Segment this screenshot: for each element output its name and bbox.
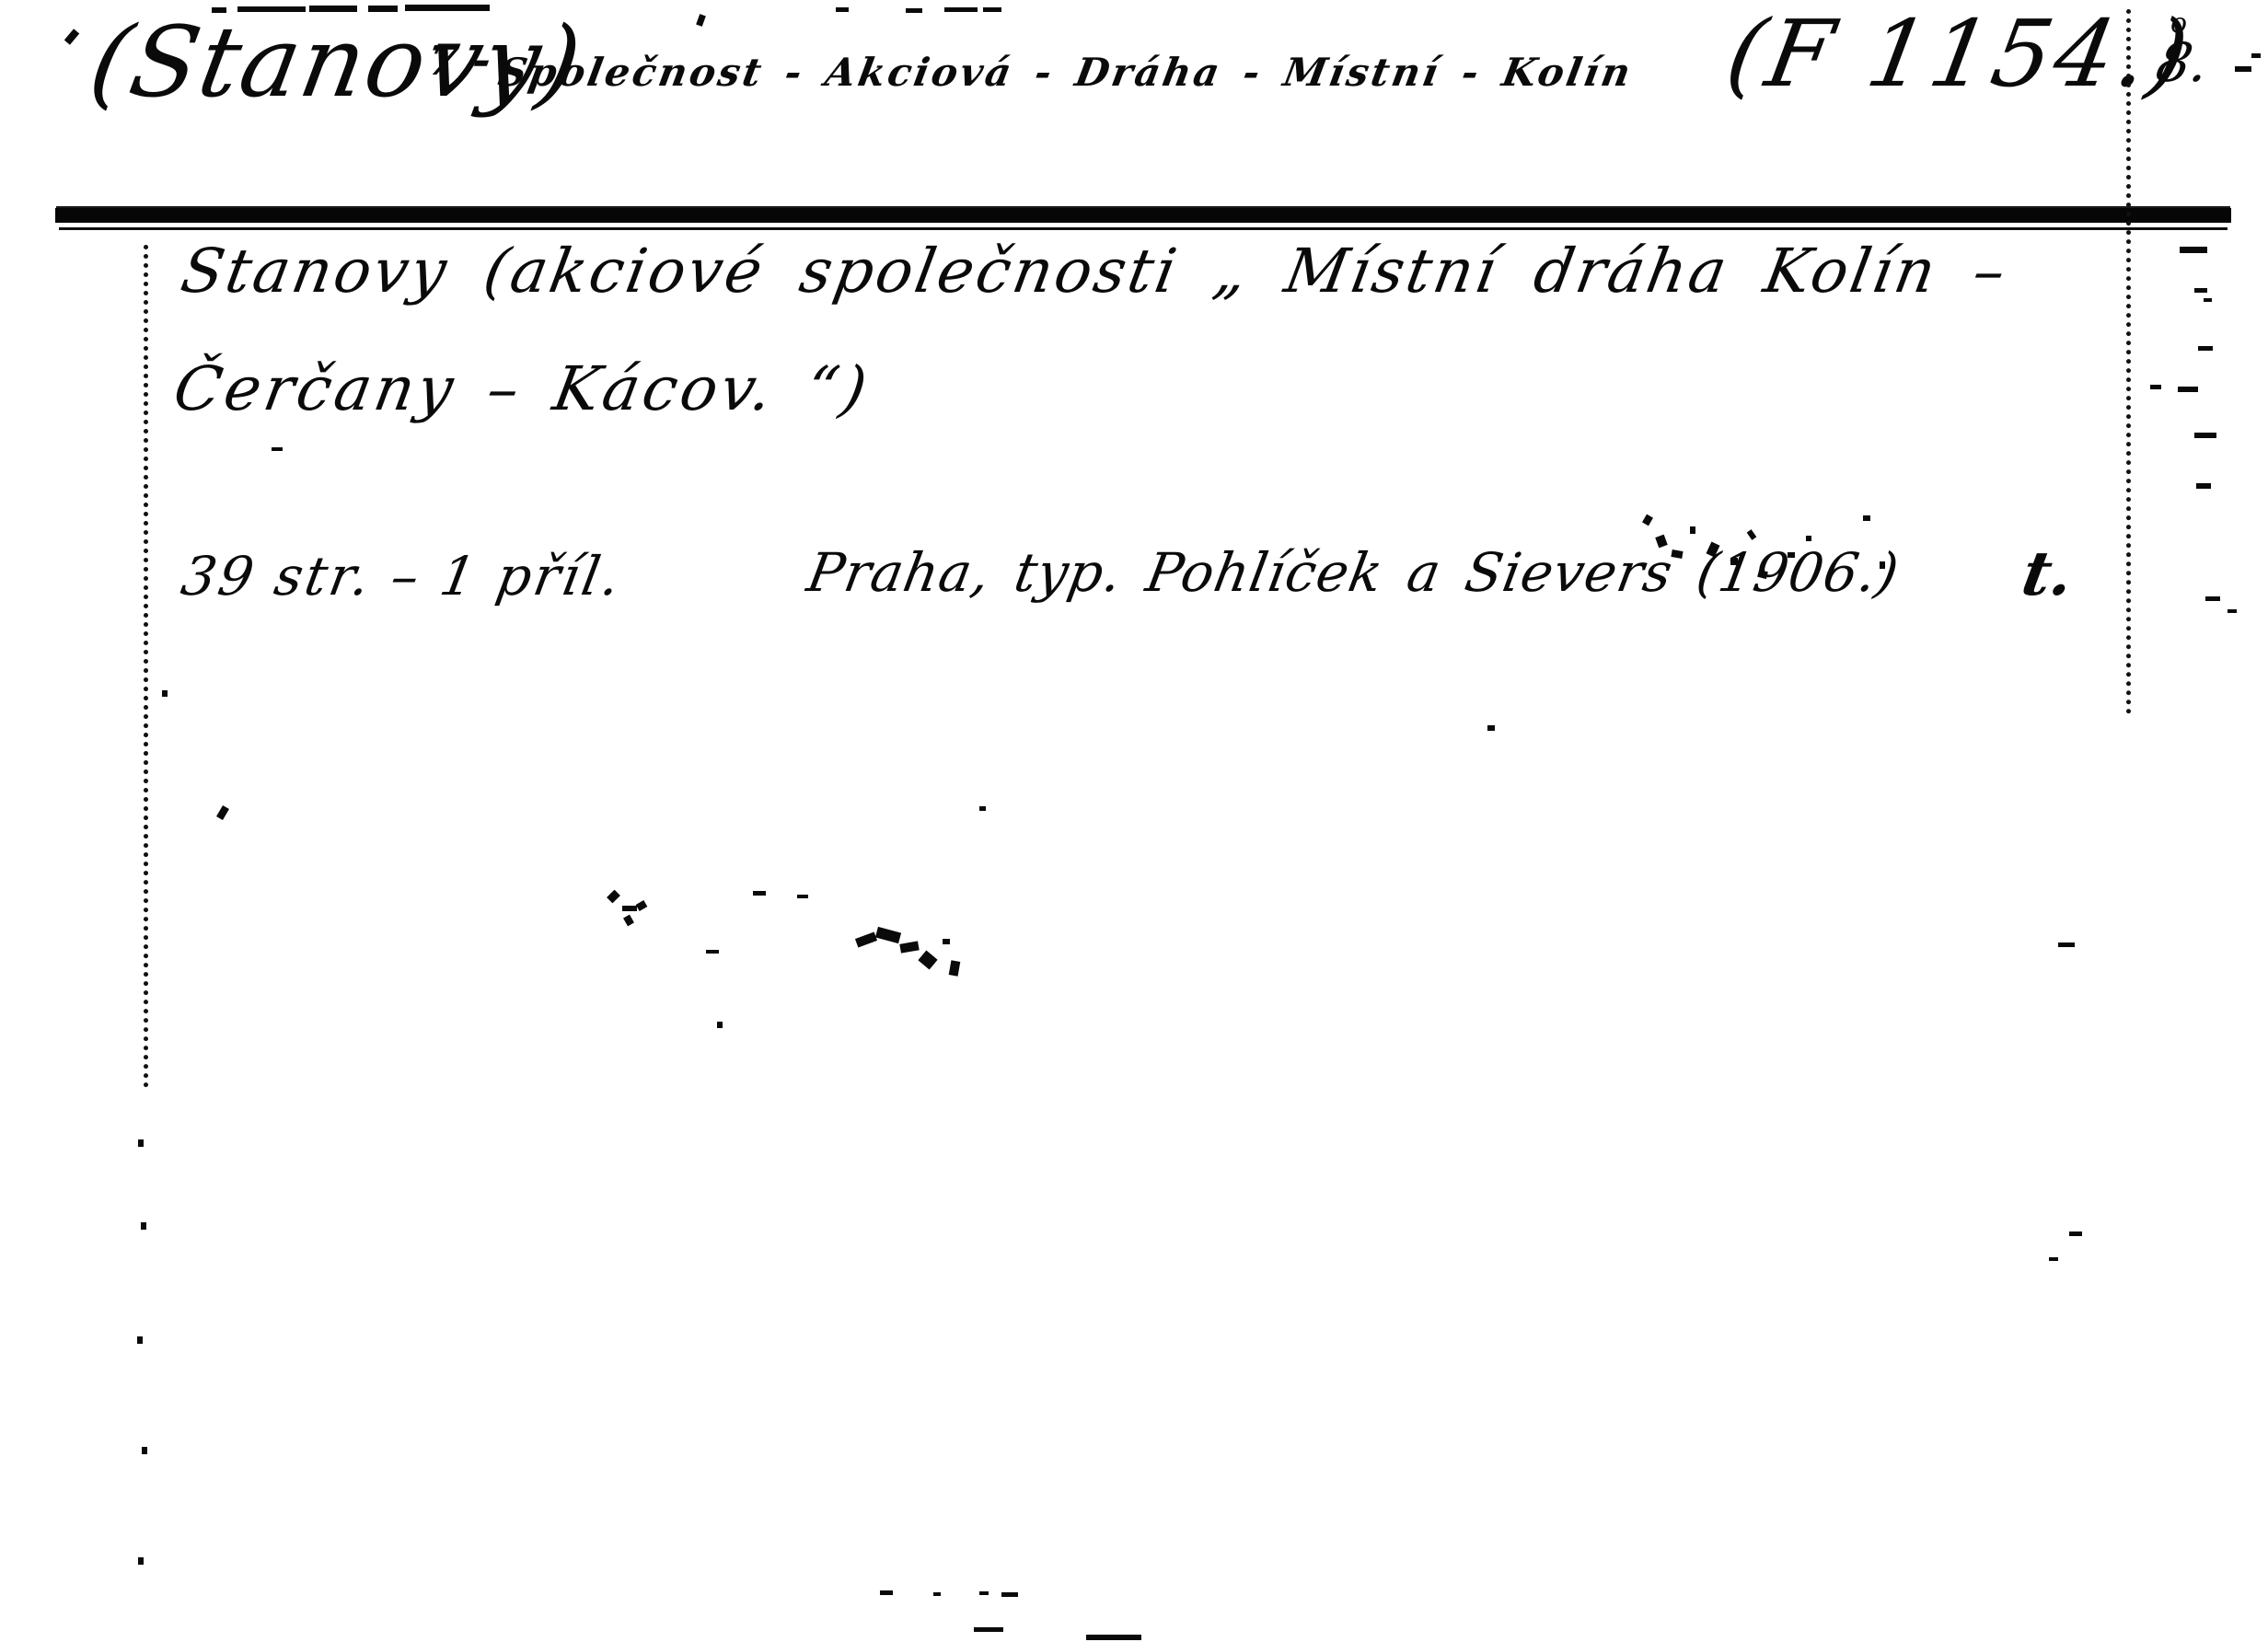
ink-speck bbox=[405, 5, 490, 11]
ink-speck bbox=[943, 939, 950, 944]
catalog-card: (Stanovy) 7 - Společnost - Akciová - Drá… bbox=[0, 0, 2268, 1642]
ink-speck bbox=[2049, 1257, 2058, 1261]
ink-speck bbox=[2196, 483, 2211, 489]
ink-speck bbox=[2251, 53, 2261, 58]
ink-speck bbox=[949, 960, 961, 976]
ink-speck bbox=[1707, 542, 1720, 558]
ink-speck bbox=[138, 1139, 144, 1147]
ink-speck bbox=[836, 7, 849, 12]
ink-speck bbox=[1655, 535, 1668, 549]
ink-speck bbox=[1863, 515, 1870, 521]
ink-speck bbox=[979, 1591, 989, 1595]
ink-speck bbox=[880, 1590, 893, 1595]
ink-speck bbox=[974, 1627, 1003, 1632]
ink-speck bbox=[607, 890, 620, 904]
ink-speck bbox=[138, 1557, 144, 1565]
ink-speck bbox=[1086, 1635, 1141, 1640]
ink-speck bbox=[2058, 942, 2075, 947]
ink-speck bbox=[899, 941, 919, 953]
ink-speck bbox=[906, 8, 922, 13]
ink-speck bbox=[983, 7, 1001, 12]
ink-speck bbox=[137, 1336, 143, 1344]
ink-speck bbox=[142, 1447, 147, 1454]
ink-speck bbox=[622, 906, 637, 911]
ink-speck bbox=[2069, 1231, 2082, 1236]
ink-speck bbox=[717, 1022, 723, 1028]
ink-speck bbox=[1001, 1592, 1018, 1597]
ink-speck bbox=[216, 805, 229, 820]
ink-speck bbox=[875, 927, 901, 943]
ink-speck bbox=[1788, 552, 1795, 558]
ink-speck bbox=[1880, 561, 1885, 569]
ink-speck bbox=[2194, 433, 2216, 438]
ink-speck bbox=[1730, 558, 1738, 565]
ink-speck bbox=[918, 950, 937, 969]
ink-speck bbox=[855, 932, 877, 948]
ink-speck bbox=[1747, 529, 1757, 540]
ink-speck bbox=[979, 806, 986, 811]
ink-speck bbox=[2235, 66, 2251, 72]
ink-speck bbox=[368, 6, 398, 12]
ink-speck bbox=[797, 895, 808, 898]
ink-speck bbox=[623, 915, 634, 927]
scan-noise-layer bbox=[0, 0, 2268, 1642]
ink-speck bbox=[2178, 387, 2198, 392]
ink-speck bbox=[1690, 526, 1695, 534]
ink-speck bbox=[944, 7, 978, 12]
ink-speck bbox=[933, 1592, 941, 1596]
ink-speck bbox=[753, 891, 766, 896]
ink-speck bbox=[1806, 536, 1811, 541]
ink-speck bbox=[141, 1222, 146, 1230]
ink-speck bbox=[2150, 385, 2161, 389]
ink-speck bbox=[2205, 596, 2220, 601]
ink-speck bbox=[64, 29, 79, 44]
ink-speck bbox=[1487, 725, 1495, 731]
ink-speck bbox=[636, 900, 648, 911]
ink-speck bbox=[162, 690, 168, 697]
ink-speck bbox=[2227, 609, 2237, 613]
ink-speck bbox=[1757, 570, 1768, 579]
ink-speck bbox=[1642, 515, 1653, 526]
ink-speck bbox=[2204, 298, 2212, 302]
ink-speck bbox=[237, 6, 306, 12]
ink-speck bbox=[696, 14, 706, 27]
ink-speck bbox=[309, 6, 357, 12]
ink-speck bbox=[706, 950, 719, 954]
ink-speck bbox=[1671, 549, 1683, 559]
ink-speck bbox=[272, 447, 283, 451]
ink-speck bbox=[2180, 247, 2207, 253]
ink-speck bbox=[212, 7, 226, 13]
ink-speck bbox=[2198, 346, 2213, 351]
ink-speck bbox=[2194, 288, 2207, 293]
